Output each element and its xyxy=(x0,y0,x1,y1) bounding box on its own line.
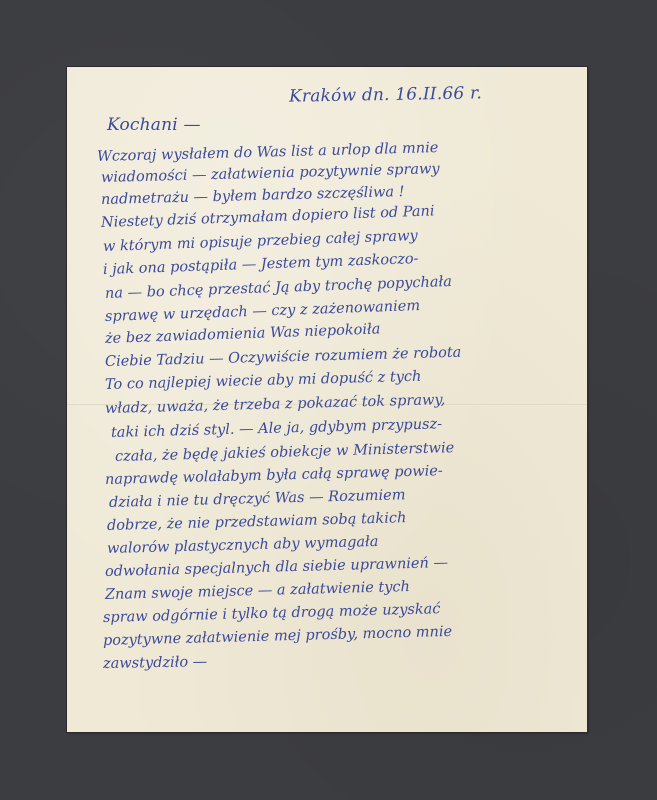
letter-line: że bez zawiadomienia Was niepokoiła xyxy=(105,321,381,347)
letter-salutation: Kochani — xyxy=(107,115,201,135)
letter-line: i jak ona postąpiła — Jestem tym zaskocz… xyxy=(103,251,419,278)
letter-line: w którym mi opisuje przebieg całej spraw… xyxy=(103,228,418,255)
letter-line: działa i nie tu dręczyć Was — Rozumiem xyxy=(109,487,406,511)
letter-line: Niestety dziś otrzymałam dopiero list od… xyxy=(101,203,435,231)
letter-line: wiadomości — załatwienia pozytywnie spra… xyxy=(101,161,440,186)
letter-line: zawstydziło — xyxy=(103,654,208,672)
letter-line: naprawdę wolałabym była całą sprawę powi… xyxy=(105,463,443,488)
letter-line: walorów plastycznych aby wymagała xyxy=(107,534,379,557)
letter-line: Wczoraj wysłałem do Was list a urlop dla… xyxy=(97,140,439,165)
letter-date: Kraków dn. 16.II.66 r. xyxy=(289,83,482,106)
letter-page: Kraków dn. 16.II.66 r. Kochani — Wczoraj… xyxy=(67,67,587,732)
letter-line: Ciebie Tadziu — Oczywiście rozumiem że r… xyxy=(105,345,462,370)
letter-line: nadmetrażu — byłem bardzo szczęśliwa ! xyxy=(101,184,405,208)
letter-line: odwołania specjalnych dla siebie uprawni… xyxy=(105,555,448,580)
letter-line: To co najlepiej wiecie aby mi dopuść z t… xyxy=(105,369,422,393)
letter-line: pozytywne załatwienie mej prośby, mocno … xyxy=(103,624,453,649)
letter-line: spraw odgórnie i tylko tą drogą może uzy… xyxy=(103,601,441,626)
letter-line: czała, że będę jakieś obiekcje w Ministe… xyxy=(115,440,455,465)
letter-line: taki ich dziś styl. — Ale ja, gdybym prz… xyxy=(111,416,442,441)
letter-line: Znam swoje miejsce — a załatwienie tych xyxy=(105,579,410,603)
letter-line: dobrze, że nie przedstawiam sobą takich xyxy=(107,510,407,534)
letter-line: władz, uważa, że trzeba z pokazać tok sp… xyxy=(105,392,446,417)
